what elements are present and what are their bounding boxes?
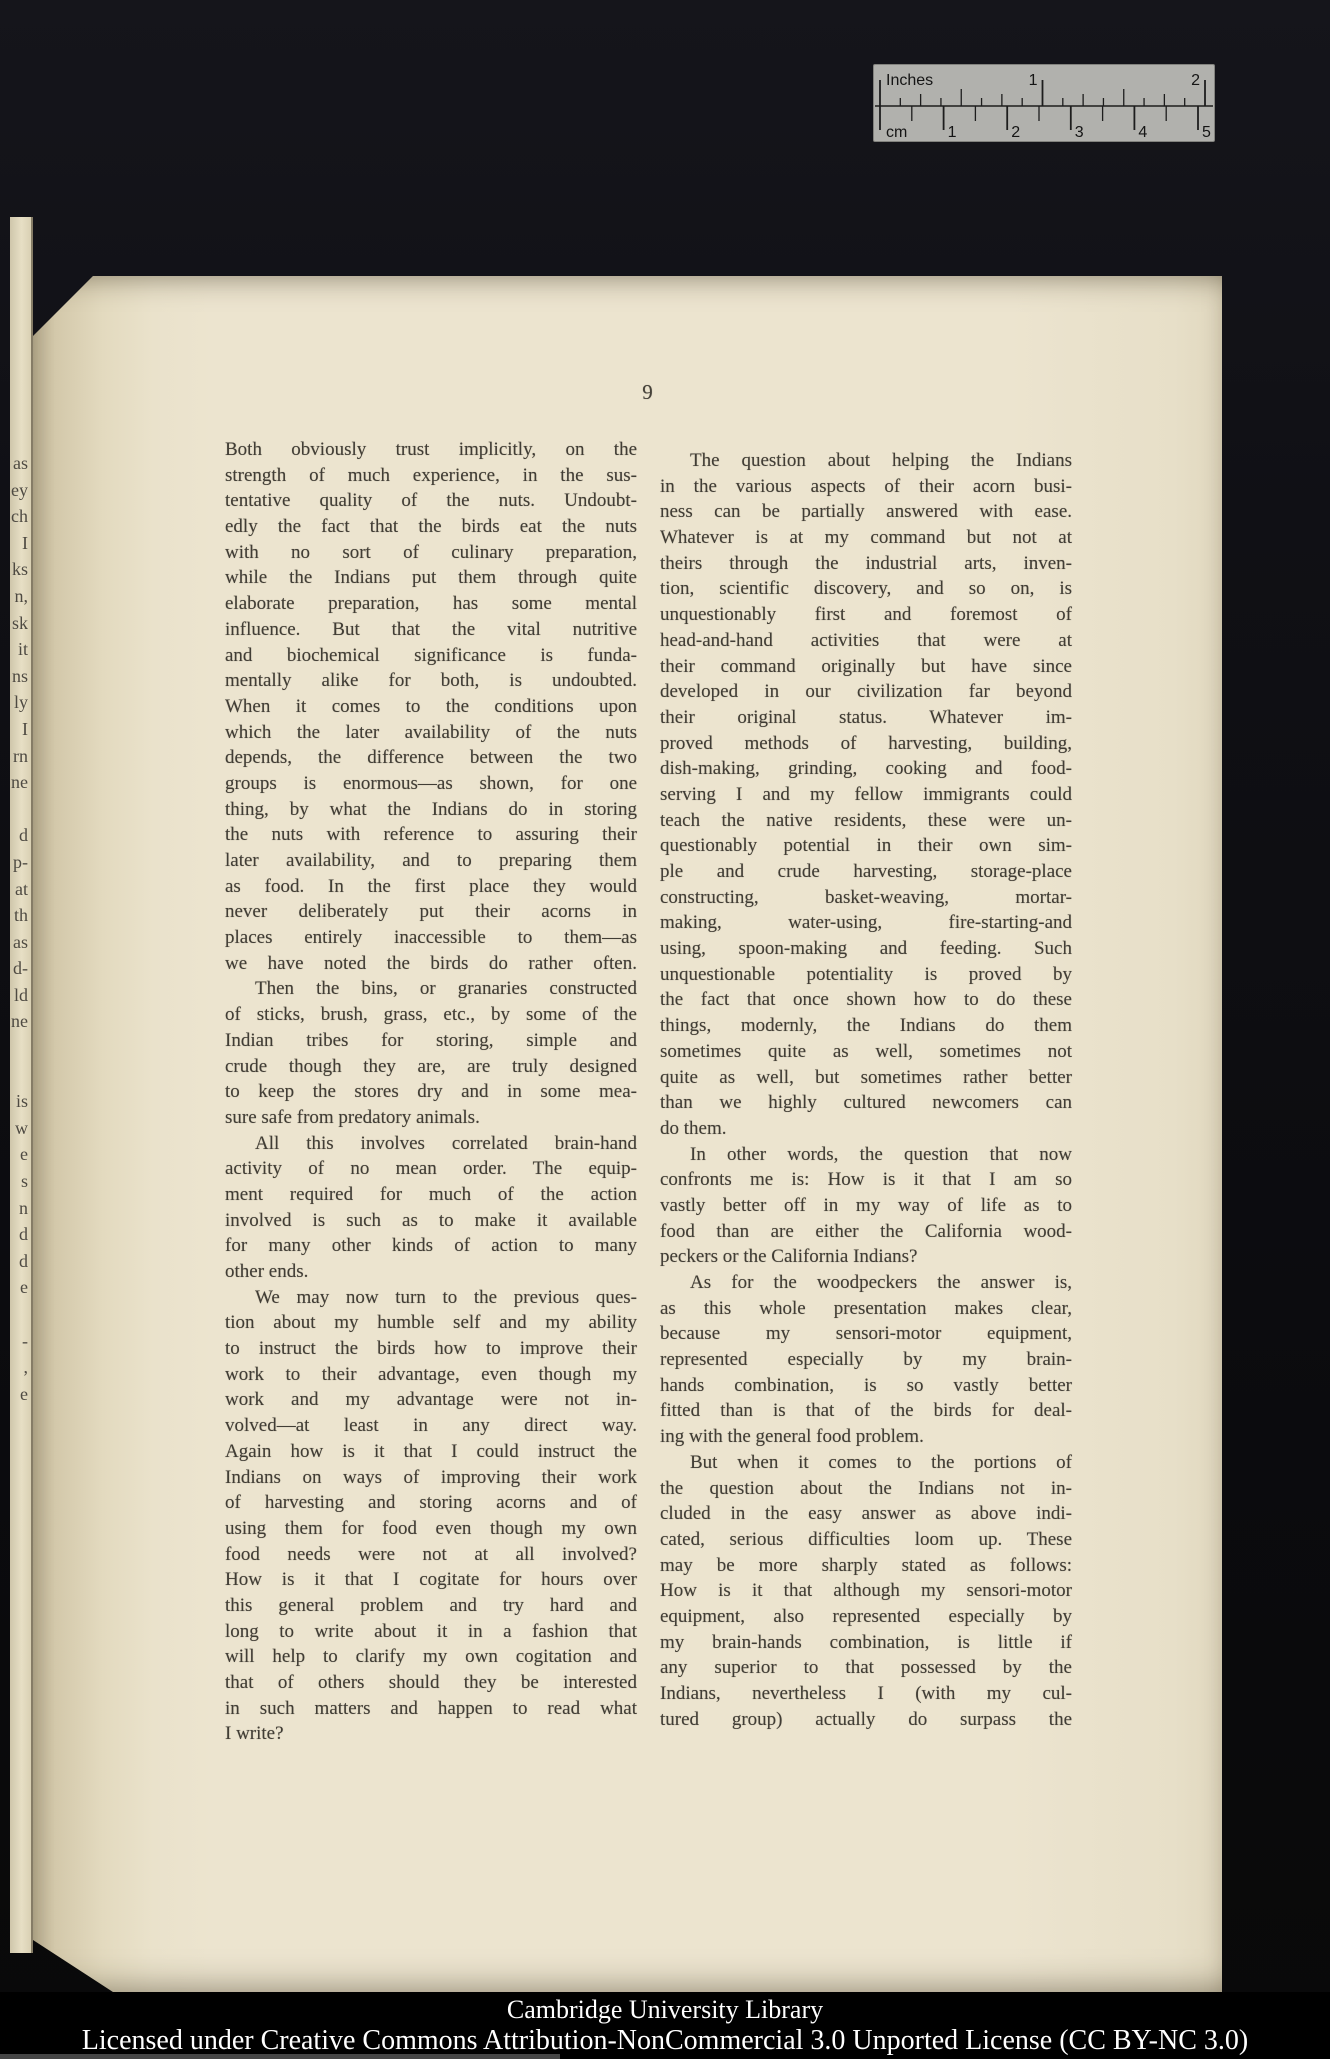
text-line: things, modernly, the Indians do them: [660, 1013, 1072, 1039]
text-line: equipment, also represented especially b…: [660, 1604, 1072, 1630]
text-line: constructing, basket-weaving, mortar-: [660, 885, 1072, 911]
edge-text-fragment: ly: [10, 689, 31, 716]
right-text-column: The question about helping the Indiansin…: [660, 448, 1072, 1732]
text-line: in such matters and happen to read what: [225, 1696, 637, 1722]
text-line: making, water-using, fire-starting-and: [660, 910, 1072, 936]
svg-text:5: 5: [1202, 124, 1211, 141]
text-line: dish-making, grinding, cooking and food-: [660, 756, 1072, 782]
text-line: tured group) actually do surpass the: [660, 1707, 1072, 1733]
text-line: confronts me is: How is it that I am so: [660, 1167, 1072, 1193]
text-line: other ends.: [225, 1259, 637, 1285]
text-line: long to write about it in a fashion that: [225, 1619, 637, 1645]
edge-text-fragment: [10, 1301, 31, 1328]
edge-text-fragment: as: [10, 929, 31, 956]
text-line: do them.: [660, 1116, 1072, 1142]
text-line: I write?: [225, 1721, 637, 1747]
edge-text-fragment: ey: [10, 477, 31, 504]
text-line: places entirely inaccessible to them—as: [225, 925, 637, 951]
text-line: fitted than is that of the birds for dea…: [660, 1398, 1072, 1424]
text-line: hands combination, is so vastly better: [660, 1373, 1072, 1399]
text-line: may be more sharply stated as follows:: [660, 1553, 1072, 1579]
text-line: The question about helping the Indians: [660, 448, 1072, 474]
text-line: that of others should they be interested: [225, 1670, 637, 1696]
text-line: head-and-hand activities that were at: [660, 628, 1072, 654]
text-line: the nuts with reference to assuring thei…: [225, 822, 637, 848]
text-line: later availability, and to preparing the…: [225, 848, 637, 874]
text-line: teach the native residents, these were u…: [660, 808, 1072, 834]
text-line: We may now turn to the previous ques-: [225, 1285, 637, 1311]
svg-text:4: 4: [1138, 124, 1147, 141]
text-line: of sticks, brush, grass, etc., by some o…: [225, 1002, 637, 1028]
edge-text-fragment: d: [10, 822, 31, 849]
text-line: any superior to that possessed by the: [660, 1655, 1072, 1681]
edge-text-fragment: e: [10, 1274, 31, 1301]
text-line: How is it that although my sensori-motor: [660, 1578, 1072, 1604]
ruler: 12Inches12345cm: [873, 64, 1215, 142]
page-number: 9: [225, 380, 1070, 405]
text-line: When it comes to the conditions upon: [225, 694, 637, 720]
text-line: activity of no mean order. The equip-: [225, 1156, 637, 1182]
edge-text-fragment: th: [10, 902, 31, 929]
text-line: Indians on ways of improving their work: [225, 1465, 637, 1491]
edge-text-fragment: e: [10, 1141, 31, 1168]
text-line: Both obviously trust implicitly, on the: [225, 437, 637, 463]
edge-text-fragment: e: [10, 1381, 31, 1408]
text-line: cluded in the easy answer as above indi-: [660, 1501, 1072, 1527]
text-line: for many other kinds of action to many: [225, 1233, 637, 1259]
scan-edge-artifact: [0, 2054, 560, 2059]
text-line: serving I and my fellow immigrants could: [660, 782, 1072, 808]
text-line: will help to clarify my own cogitation a…: [225, 1644, 637, 1670]
text-line: Again how is it that I could instruct th…: [225, 1439, 637, 1465]
svg-text:1: 1: [948, 124, 957, 141]
edge-text-fragment: [10, 796, 31, 823]
text-line: their original status. Whatever im-: [660, 705, 1072, 731]
text-line: But when it comes to the portions of: [660, 1450, 1072, 1476]
library-attribution: Cambridge University Library: [0, 1995, 1330, 2025]
edge-text-fragment: s: [10, 1168, 31, 1195]
text-line: Indians, nevertheless I (with my cul-: [660, 1681, 1072, 1707]
text-line: thing, by what the Indians do in storing: [225, 797, 637, 823]
svg-text:2: 2: [1191, 72, 1200, 89]
facing-page-edge: aseychIksn,skitnslyIrnnedp-atthasd-ldnei…: [10, 217, 33, 1953]
edge-text-fragment: I: [10, 716, 31, 743]
text-line: As for the woodpeckers the answer is,: [660, 1270, 1072, 1296]
text-line: to instruct the birds how to improve the…: [225, 1336, 637, 1362]
text-line: using, spoon-making and feeding. Such: [660, 936, 1072, 962]
edge-text-fragment: w: [10, 1115, 31, 1142]
text-line: theirs through the industrial arts, inve…: [660, 551, 1072, 577]
text-line: tion about my humble self and my ability: [225, 1310, 637, 1336]
text-line: sometimes quite as well, sometimes not: [660, 1039, 1072, 1065]
text-line: as this whole presentation makes clear,: [660, 1296, 1072, 1322]
svg-text:1: 1: [1029, 72, 1038, 89]
text-line: than we highly cultured newcomers can: [660, 1090, 1072, 1116]
text-line: tion, scientific discovery, and so on, i…: [660, 576, 1072, 602]
edge-text-fragment: ld: [10, 982, 31, 1009]
text-line: represented especially by my brain-: [660, 1347, 1072, 1373]
license-text: Licensed under Creative Commons Attribut…: [0, 2025, 1330, 2057]
text-line: while the Indians put them through quite: [225, 565, 637, 591]
text-line: because my sensori-motor equipment,: [660, 1321, 1072, 1347]
text-line: and biochemical significance is funda-: [225, 643, 637, 669]
text-line: ing with the general food problem.: [660, 1424, 1072, 1450]
text-line: edly the fact that the birds eat the nut…: [225, 514, 637, 540]
text-line: mentally alike for both, is undoubted.: [225, 668, 637, 694]
text-line: All this involves correlated brain-hand: [225, 1131, 637, 1157]
text-line: proved methods of harvesting, building,: [660, 731, 1072, 757]
text-line: ment required for much of the action: [225, 1182, 637, 1208]
ruler-svg: 12Inches12345cm: [873, 64, 1215, 142]
text-line: vastly better off in my way of life as t…: [660, 1193, 1072, 1219]
text-line: this general problem and try hard and: [225, 1593, 637, 1619]
text-line: influence. But that the vital nutritive: [225, 617, 637, 643]
edge-text-fragment: [10, 1062, 31, 1089]
text-line: developed in our civilization far beyond: [660, 679, 1072, 705]
text-line: which the later availability of the nuts: [225, 720, 637, 746]
text-line: In other words, the question that now: [660, 1142, 1072, 1168]
text-line: of harvesting and storing acorns and of: [225, 1490, 637, 1516]
text-line: work to their advantage, even though my: [225, 1362, 637, 1388]
text-line: ple and crude harvesting, storage-place: [660, 859, 1072, 885]
text-line: crude though they are, are truly designe…: [225, 1054, 637, 1080]
text-line: Indian tribes for storing, simple and: [225, 1028, 637, 1054]
edge-text-fragment: sk: [10, 610, 31, 637]
edge-text-fragment: I: [10, 530, 31, 557]
scanned-book-page-view: aseychIksn,skitnslyIrnnedp-atthasd-ldnei…: [0, 0, 1330, 2059]
text-line: in the various aspects of their acorn bu…: [660, 474, 1072, 500]
text-line: unquestionably first and foremost of: [660, 602, 1072, 628]
edge-text-fragment: ne: [10, 769, 31, 796]
text-line: questionably potential in their own sim-: [660, 833, 1072, 859]
svg-text:cm: cm: [886, 124, 907, 141]
text-line: depends, the difference between the two: [225, 745, 637, 771]
edge-text-fragment: is: [10, 1088, 31, 1115]
text-line: sure safe from predatory animals.: [225, 1105, 637, 1131]
left-text-column: Both obviously trust implicitly, on thes…: [225, 437, 637, 1747]
text-line: elaborate preparation, has some mental: [225, 591, 637, 617]
text-line: quite as well, but sometimes rather bett…: [660, 1065, 1072, 1091]
text-line: involved is such as to make it available: [225, 1208, 637, 1234]
edge-text-fragment: d-: [10, 955, 31, 982]
text-line: peckers or the California Indians?: [660, 1244, 1072, 1270]
text-line: my brain-hands combination, is little if: [660, 1630, 1072, 1656]
text-line: How is it that I cogitate for hours over: [225, 1567, 637, 1593]
text-line: tentative quality of the nuts. Undoubt-: [225, 488, 637, 514]
svg-text:Inches: Inches: [886, 72, 933, 89]
edge-text-fragment: rn: [10, 743, 31, 770]
edge-text-fragment: as: [10, 450, 31, 477]
edge-text-fragment: ,: [10, 1354, 31, 1381]
edge-text-fragment: ne: [10, 1008, 31, 1035]
edge-text-fragment: n: [10, 1195, 31, 1222]
text-line: Then the bins, or granaries constructed: [225, 976, 637, 1002]
text-line: work and my advantage were not in-: [225, 1387, 637, 1413]
edge-text-fragment: d: [10, 1248, 31, 1275]
text-line: Whatever is at my command but not at: [660, 525, 1072, 551]
text-line: we have noted the birds do rather often.: [225, 951, 637, 977]
edge-text-fragment: p-: [10, 849, 31, 876]
svg-text:3: 3: [1075, 124, 1084, 141]
text-line: the fact that once shown how to do these: [660, 987, 1072, 1013]
edge-text-fragment: at: [10, 876, 31, 903]
edge-text-fragment: it: [10, 636, 31, 663]
text-line: volved—at least in any direct way.: [225, 1413, 637, 1439]
text-line: to keep the stores dry and in some mea-: [225, 1079, 637, 1105]
text-line: unquestionable potentiality is proved by: [660, 962, 1072, 988]
edge-text-fragment: [10, 1035, 31, 1062]
edge-text-fragment: d: [10, 1221, 31, 1248]
text-line: groups is enormous—as shown, for one: [225, 771, 637, 797]
edge-text-fragment: ch: [10, 503, 31, 530]
edge-text-fragment: ns: [10, 663, 31, 690]
svg-text:2: 2: [1011, 124, 1020, 141]
edge-text-fragment: -: [10, 1328, 31, 1355]
book-page: 9 Both obviously trust implicitly, on th…: [33, 276, 1222, 1992]
text-line: strength of much experience, in the sus-: [225, 463, 637, 489]
text-line: cated, serious difficulties loom up. The…: [660, 1527, 1072, 1553]
text-line: the question about the Indians not in-: [660, 1476, 1072, 1502]
text-line: their command originally but have since: [660, 654, 1072, 680]
text-line: as food. In the first place they would: [225, 874, 637, 900]
text-line: food than are either the California wood…: [660, 1219, 1072, 1245]
edge-text-fragment: n,: [10, 583, 31, 610]
edge-text-fragment: ks: [10, 556, 31, 583]
text-line: ness can be partially answered with ease…: [660, 499, 1072, 525]
text-line: with no sort of culinary preparation,: [225, 540, 637, 566]
text-line: food needs were not at all involved?: [225, 1542, 637, 1568]
text-line: using them for food even though my own: [225, 1516, 637, 1542]
text-line: never deliberately put their acorns in: [225, 899, 637, 925]
